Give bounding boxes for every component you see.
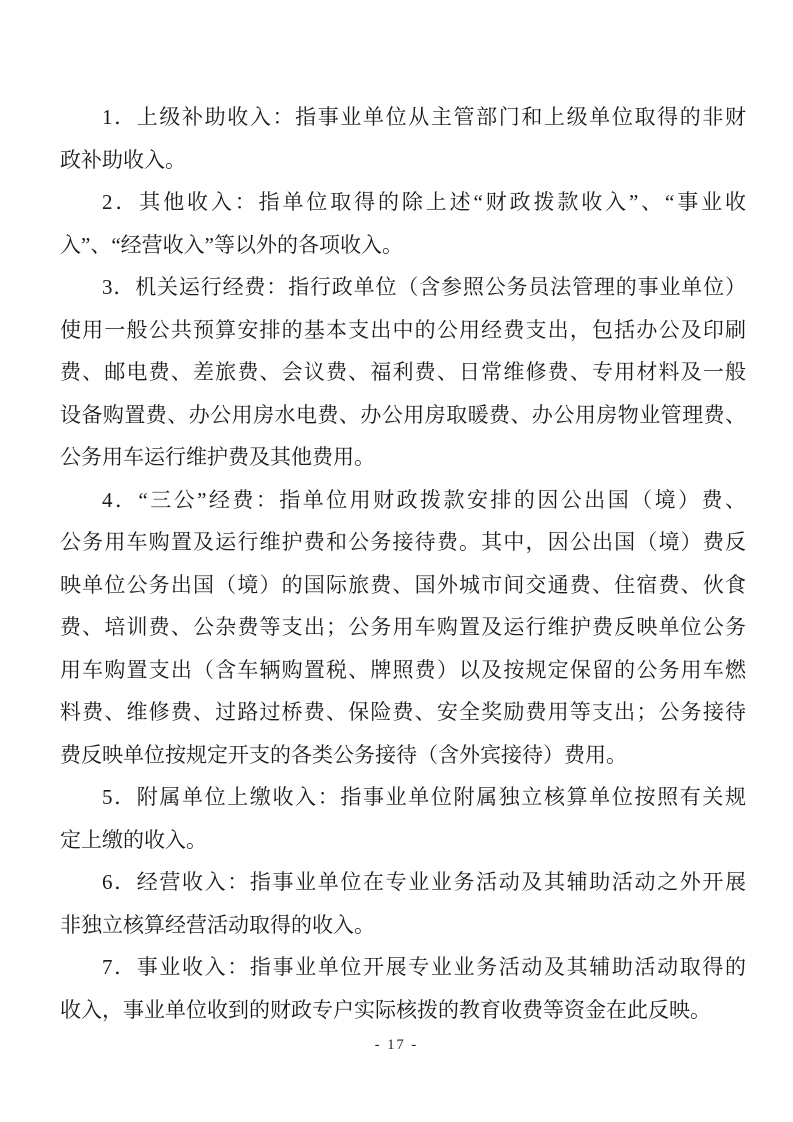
text-line: 费、培训费、公杂费等支出；公务用车购置及运行维护费反映单位公务 — [60, 606, 746, 649]
text-line: 入”、“经营收入”等以外的各项收入。 — [60, 224, 746, 267]
document-body: 1．上级补助收入：指事业单位从主管部门和上级单位取得的非财政补助收入。2．其他收… — [60, 96, 746, 1031]
text-line: 使用一般公共预算安排的基本支出中的公用经费支出，包括办公及印刷 — [60, 309, 746, 352]
text-line: 料费、维修费、过路过桥费、保险费、安全奖励费用等支出；公务接待 — [60, 691, 746, 734]
text-line: 2．其他收入：指单位取得的除上述“财政拨款收入”、“事业收 — [60, 181, 746, 224]
text-line: 映单位公务出国（境）的国际旅费、国外城市间交通费、住宿费、伙食 — [60, 564, 746, 607]
text-line: 1．上级补助收入：指事业单位从主管部门和上级单位取得的非财 — [60, 96, 746, 139]
text-line: 政补助收入。 — [60, 139, 746, 182]
text-line: 4．“三公”经费：指单位用财政拨款安排的因公出国（境）费、 — [60, 479, 746, 522]
text-line: 公务用车运行维护费及其他费用。 — [60, 436, 746, 479]
document-page: 1．上级补助收入：指事业单位从主管部门和上级单位取得的非财政补助收入。2．其他收… — [0, 0, 793, 1122]
text-line: 非独立核算经营活动取得的收入。 — [60, 904, 746, 947]
text-line: 公务用车购置及运行维护费和公务接待费。其中，因公出国（境）费反 — [60, 521, 746, 564]
text-line: 设备购置费、办公用房水电费、办公用房取暖费、办公用房物业管理费、 — [60, 394, 746, 437]
text-line: 3．机关运行经费：指行政单位（含参照公务员法管理的事业单位） — [60, 266, 746, 309]
text-line: 费反映单位按规定开支的各类公务接待（含外宾接待）费用。 — [60, 734, 746, 777]
text-line: 5．附属单位上缴收入：指事业单位附属独立核算单位按照有关规 — [60, 776, 746, 819]
text-line: 6．经营收入：指事业单位在专业业务活动及其辅助活动之外开展 — [60, 861, 746, 904]
text-line: 费、邮电费、差旅费、会议费、福利费、日常维修费、专用材料及一般 — [60, 351, 746, 394]
text-line: 7．事业收入：指事业单位开展专业业务活动及其辅助活动取得的 — [60, 946, 746, 989]
text-line: 定上缴的收入。 — [60, 819, 746, 862]
text-line: 收入，事业单位收到的财政专户实际核拨的教育收费等资金在此反映。 — [60, 989, 746, 1032]
page-number: - 17 - — [0, 1036, 793, 1054]
text-line: 用车购置支出（含车辆购置税、牌照费）以及按规定保留的公务用车燃 — [60, 649, 746, 692]
